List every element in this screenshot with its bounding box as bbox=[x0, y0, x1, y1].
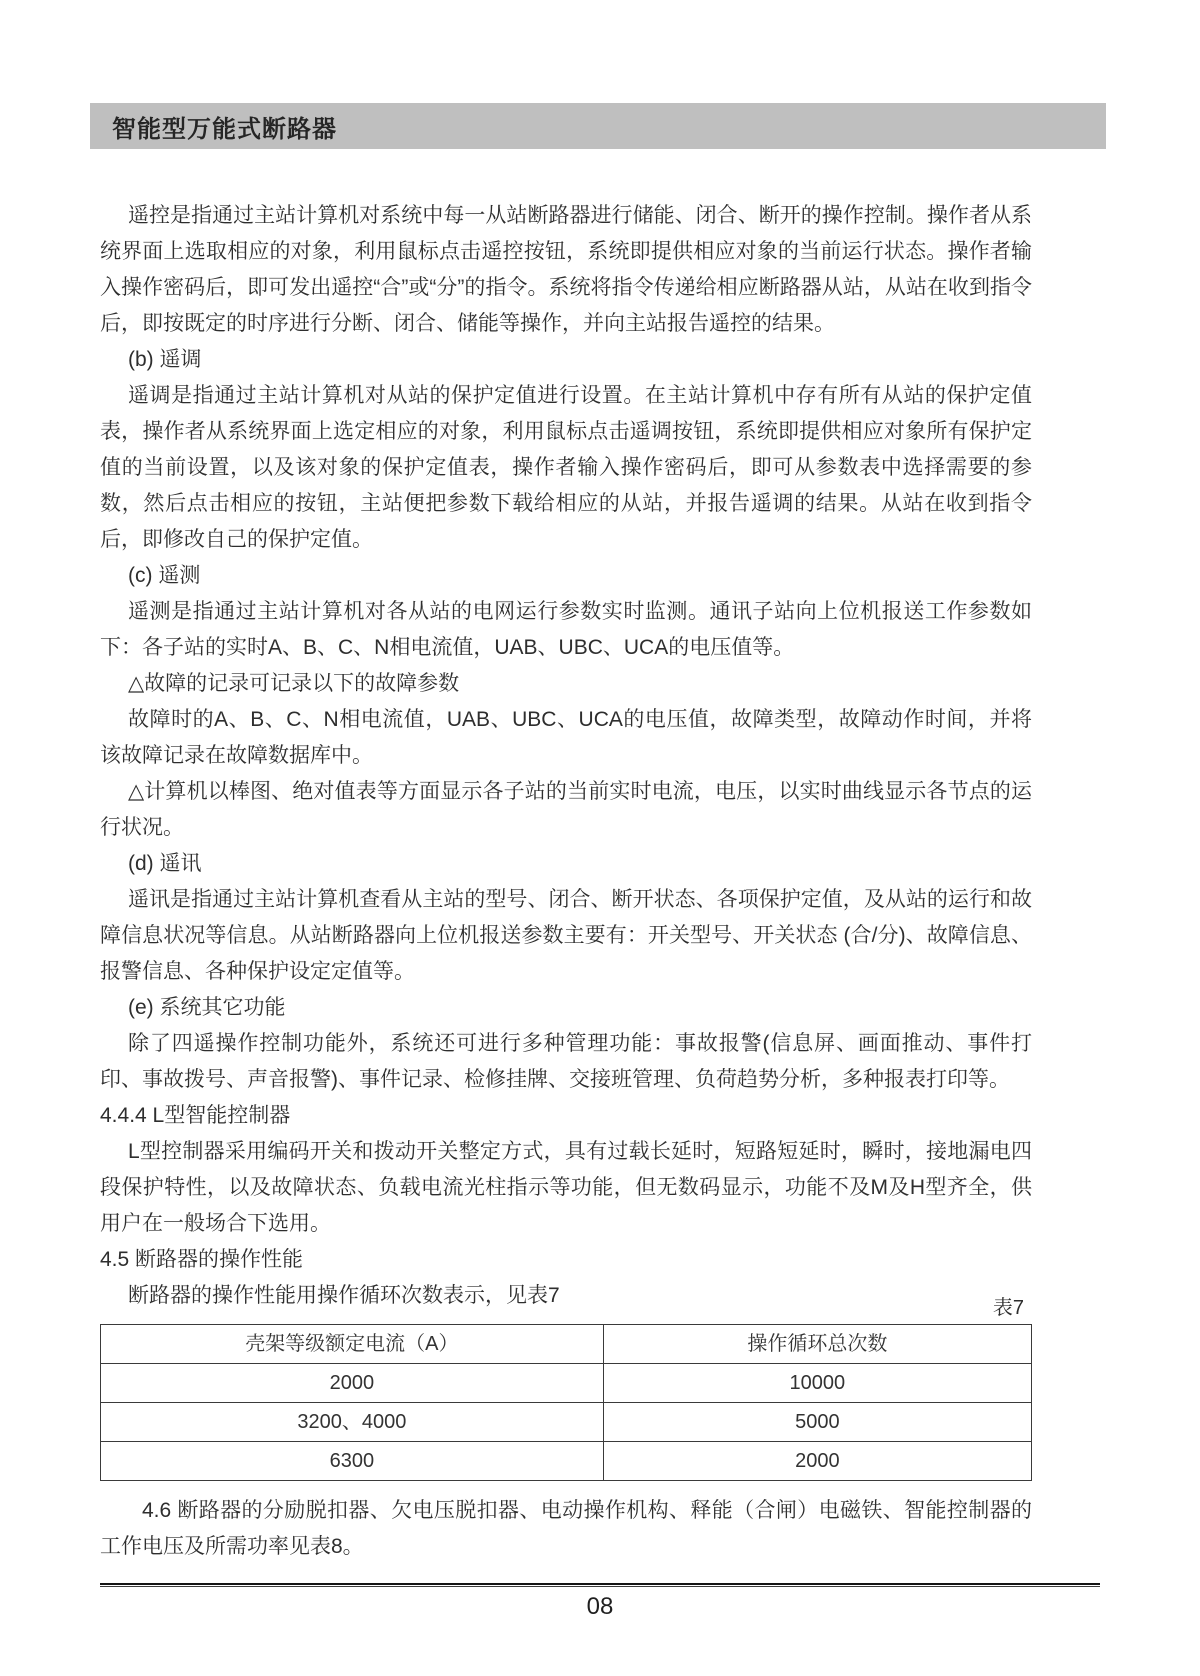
table7-row-1: 2000 10000 bbox=[101, 1364, 1032, 1403]
paragraph-l-type-controller: L型控制器采用编码开关和拨动开关整定方式，具有过载长延时，短路短延时，瞬时，接地… bbox=[100, 1134, 1032, 1242]
table7-cell-cycles-1: 10000 bbox=[603, 1364, 1031, 1403]
footer-rule bbox=[100, 1583, 1100, 1587]
item-label-e-other-functions: (e) 系统其它功能 bbox=[100, 990, 1032, 1026]
footer-rule-thick-line bbox=[100, 1583, 1100, 1585]
paragraph-remote-adjust: 遥调是指通过主站计算机对从站的保护定值进行设置。在主站计算机中存有所有从站的保护… bbox=[100, 378, 1032, 558]
table7-row-2: 3200、4000 5000 bbox=[101, 1403, 1032, 1442]
table7-row-3: 6300 2000 bbox=[101, 1442, 1032, 1481]
item-label-d-remote-signal: (d) 遥讯 bbox=[100, 846, 1032, 882]
item-label-b-remote-adjust: (b) 遥调 bbox=[100, 342, 1032, 378]
table7-header-frame-current: 壳架等级额定电流（A） bbox=[101, 1325, 604, 1364]
page-header-banner: 智能型万能式断路器 bbox=[90, 103, 1106, 149]
table7-caption: 表7 bbox=[993, 1294, 1024, 1322]
section-heading-4-5: 4.5 断路器的操作性能 bbox=[100, 1242, 1032, 1278]
table7-cell-cycles-2: 5000 bbox=[603, 1403, 1031, 1442]
table7-cell-cycles-3: 2000 bbox=[603, 1442, 1031, 1481]
table7-header-row: 壳架等级额定电流（A） 操作循环总次数 bbox=[101, 1325, 1032, 1364]
paragraph-remote-signal: 遥讯是指通过主站计算机查看从主站的型号、闭合、断开状态、各项保护定值，及从站的运… bbox=[100, 882, 1032, 990]
document-body: 遥控是指通过主站计算机对系统中每一从站断路器进行储能、闭合、断开的操作控制。操作… bbox=[100, 198, 1032, 1565]
paragraph-other-functions: 除了四遥操作控制功能外，系统还可进行多种管理功能：事故报警(信息屏、画面推动、事… bbox=[100, 1026, 1032, 1098]
paragraph-remote-measure: 遥测是指通过主站计算机对各从站的电网运行参数实时监测。通讯子站向上位机报送工作参… bbox=[100, 594, 1032, 666]
table7-cell-current-3: 6300 bbox=[101, 1442, 604, 1481]
item-label-c-remote-measure: (c) 遥测 bbox=[100, 558, 1032, 594]
paragraph-fault-params: 故障时的A、B、C、N相电流值，UAB、UBC、UCA的电压值，故障类型，故障动… bbox=[100, 702, 1032, 774]
page-header-title: 智能型万能式断路器 bbox=[112, 109, 337, 144]
table7-cell-current-2: 3200、4000 bbox=[101, 1403, 604, 1442]
bullet-fault-record: △故障的记录可记录以下的故障参数 bbox=[100, 666, 1032, 702]
paragraph-4-6: 4.6 断路器的分励脱扣器、欠电压脱扣器、电动操作机构、释能（合闸）电磁铁、智能… bbox=[100, 1493, 1032, 1565]
page-number: 08 bbox=[100, 1593, 1100, 1621]
footer-rule-thin-line bbox=[100, 1586, 1100, 1587]
table7-header-cycle-count: 操作循环总次数 bbox=[603, 1325, 1031, 1364]
table7-cell-current-1: 2000 bbox=[101, 1364, 604, 1403]
table7-intro-text: 断路器的操作性能用操作循环次数表示，见表7 bbox=[100, 1278, 1032, 1314]
section-heading-4-4-4: 4.4.4 L型智能控制器 bbox=[100, 1098, 1032, 1134]
bullet-computer-display: △计算机以棒图、绝对值表等方面显示各子站的当前实时电流，电压，以实时曲线显示各节… bbox=[100, 774, 1032, 846]
table7-intro-row: 断路器的操作性能用操作循环次数表示，见表7 表7 bbox=[100, 1278, 1032, 1314]
table7: 壳架等级额定电流（A） 操作循环总次数 2000 10000 3200、4000… bbox=[100, 1324, 1032, 1481]
paragraph-remote-control: 遥控是指通过主站计算机对系统中每一从站断路器进行储能、闭合、断开的操作控制。操作… bbox=[100, 198, 1032, 342]
